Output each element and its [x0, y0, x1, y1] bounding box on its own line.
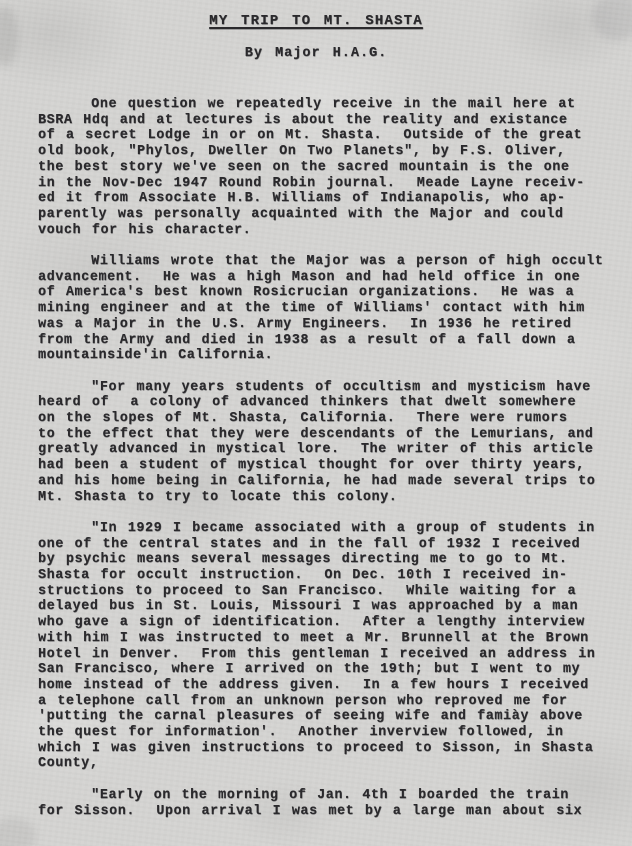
scanned-document-page: MY TRIP TO MT. SHASTA By Major H.A.G. On… [0, 0, 632, 846]
document-title: MY TRIP TO MT. SHASTA [0, 13, 632, 29]
document-body: One question we repeatedly receive in th… [38, 97, 604, 835]
scan-smudge [0, 818, 36, 846]
document-byline: By Major H.A.G. [0, 46, 632, 61]
paragraph-williams: Williams wrote that the Major was a pers… [38, 254, 604, 364]
paragraph-intro: One question we repeatedly receive in th… [38, 97, 604, 238]
paragraph-train: "Early on the morning of Jan. 4th I boar… [38, 788, 604, 819]
paragraph-colony: "For many years students of occultism an… [38, 380, 604, 506]
paragraph-1929: "In 1929 I became associated with a grou… [38, 521, 604, 772]
